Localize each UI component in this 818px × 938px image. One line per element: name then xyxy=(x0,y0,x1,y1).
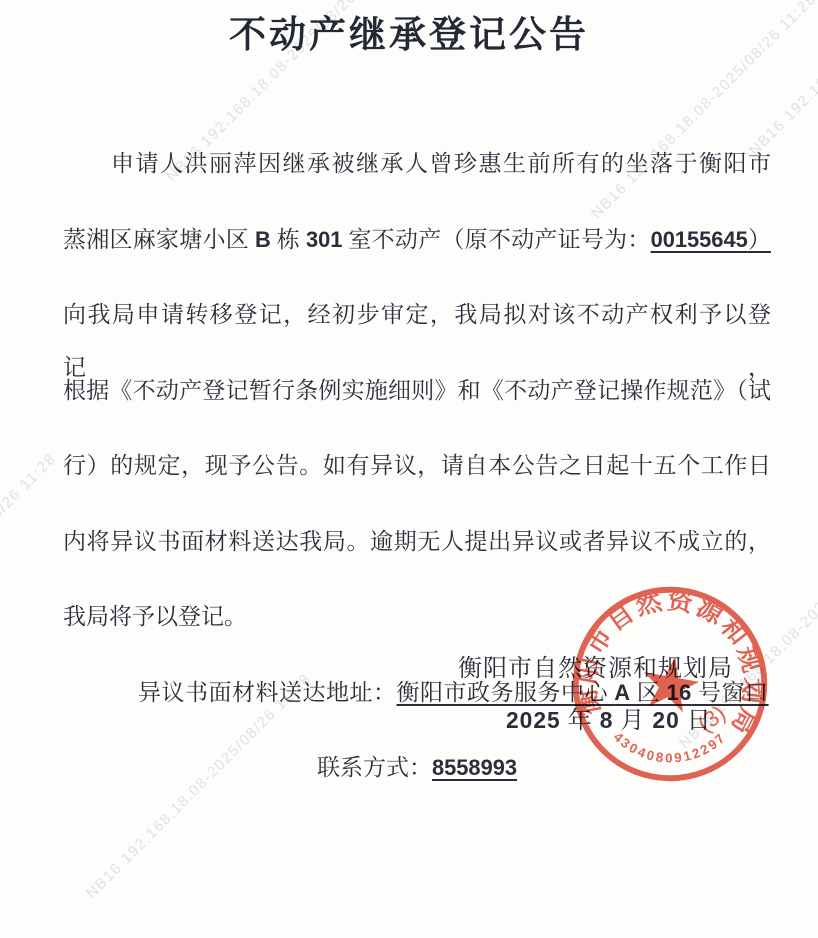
contact-number: 8558993 xyxy=(432,755,517,780)
certificate-number: 00155645 xyxy=(651,227,748,252)
official-seal: 衡阳市自然资源和规划局 (3) 4304080912297 xyxy=(562,576,778,792)
text-run: 栋 xyxy=(271,227,306,252)
contact-label: 联系方式： xyxy=(317,755,432,780)
svg-text:4304080912297: 4304080912297 xyxy=(611,729,730,765)
text-run: 行）的规定，现予公告。如有异议，请自本公告之日起十五个工作日 xyxy=(63,453,771,478)
seal-number: 4304080912297 xyxy=(611,729,730,765)
address-label: 异议书面材料送达地址： xyxy=(138,680,397,705)
text-run: 我局将予以登记。 xyxy=(63,604,247,629)
body-line-2: 蒸湘区麻家塘小区 B 栋 301 室不动产（原不动产证号为：00155645） xyxy=(63,214,771,267)
svg-text:衡阳市自然资源和规划局: 衡阳市自然资源和规划局 xyxy=(566,576,778,743)
building-letter: B xyxy=(255,227,271,252)
text-run: 内将异议书面材料送达我局。逾期无人提出异议或者异议不成立的， xyxy=(63,529,771,554)
text-run: 室不动产（原不动产证号为： xyxy=(342,227,650,252)
body-line-3: 向我局申请转移登记，经初步审定，我局拟对该不动产权利予以登记， xyxy=(63,289,771,342)
page-title: 不动产继承登记公告 xyxy=(0,4,818,58)
body-line-4: 根据《不动产登记暂行条例实施细则》和《不动产登记操作规范》（试 xyxy=(63,365,771,418)
room-number: 301 xyxy=(306,227,342,252)
text-run: 申请人洪丽萍因继承被继承人曾珍惠生前所有的坐落于衡阳市 xyxy=(111,151,771,176)
text-run: 根据《不动产登记暂行条例实施细则》和《不动产登记操作规范》（试 xyxy=(63,378,771,403)
text-run: ） xyxy=(748,227,771,252)
body-line-5: 行）的规定，现予公告。如有异议，请自本公告之日起十五个工作日 xyxy=(63,440,771,493)
body-line-1: 申请人洪丽萍因继承被继承人曾珍惠生前所有的坐落于衡阳市 xyxy=(63,138,771,191)
announcement-page: NB16 192.168.18.08-2025/08/26 11:28 NB16… xyxy=(0,0,818,938)
scan-watermark: NB16 192.168.18.08-2025/08/26 11:28 xyxy=(0,450,60,682)
body-line-6: 内将异议书面材料送达我局。逾期无人提出异议或者异议不成立的， xyxy=(63,516,771,569)
date-year: 2025 xyxy=(506,707,561,733)
star-icon xyxy=(638,652,702,714)
text-run: 蒸湘区麻家塘小区 xyxy=(63,227,255,252)
seal-code: (3) xyxy=(693,700,730,737)
seal-org-text: 衡阳市自然资源和规划局 xyxy=(566,576,778,743)
